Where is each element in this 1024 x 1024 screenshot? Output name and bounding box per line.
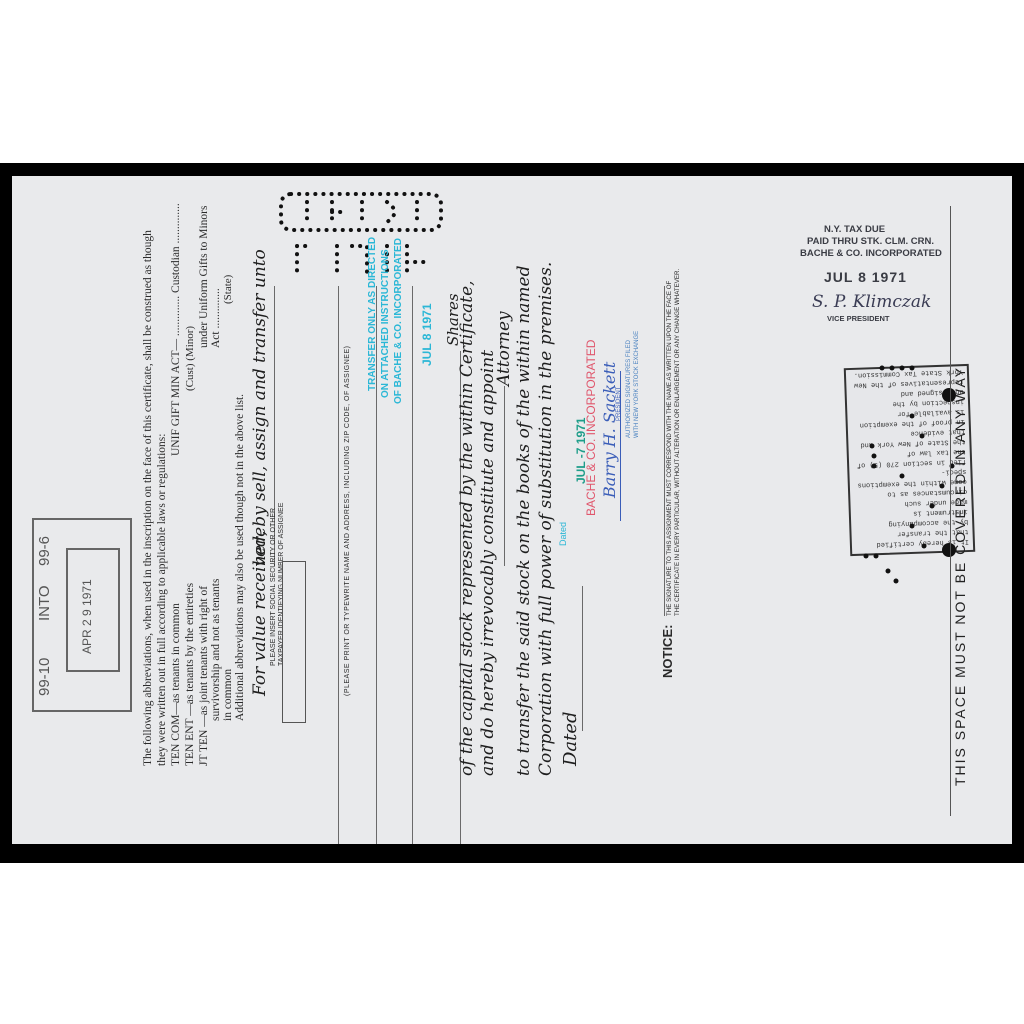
ssn-input-box[interactable] (282, 561, 306, 723)
abbrev-jt-ten-2: survivorship and not as tenants (210, 579, 222, 721)
abbrev-cust-minor: (Cust) (Minor) (184, 326, 196, 391)
tax-stamp-title: VICE PRESIDENT (827, 314, 890, 323)
attorney-label: Attorney (494, 311, 514, 386)
sig-signature: Barry H. Sackett (600, 362, 619, 498)
cancel-perforation (277, 186, 447, 286)
abbrev-unif-gift: UNIF GIFT MIN ACT— .............. Custod… (170, 203, 182, 456)
sig-company: BACHE & CO. INCORPORATED (584, 340, 598, 516)
abbrev-under-act: under Uniform Gifts to Minors (198, 206, 210, 348)
name-line-3 (412, 286, 413, 844)
tax-stamp-signature: S. P. Klimczak (812, 292, 931, 312)
abbrev-intro-2: they were written out in full according … (156, 434, 168, 766)
dated-label: Dated (560, 711, 581, 766)
notice-line-1: THE SIGNATURE TO THIS ASSIGNMENT MUST CO… (666, 281, 673, 616)
abbrev-additional: Additional abbreviations may also be use… (234, 394, 246, 721)
sig-title: PRESIDENT (616, 387, 622, 421)
constitute-appoint: and do hereby irrevocably constitute and… (478, 350, 498, 776)
tax-stamp-3: BACHE & CO. INCORPORATED (800, 248, 942, 259)
notice-line (664, 286, 665, 616)
transfer-stock: to transfer the said stock on the books … (514, 266, 534, 776)
abbrev-act: Act .............. (210, 288, 222, 348)
abbrev-ten-com: TEN COM—as tenants in common (170, 603, 182, 766)
abbrev-jt-ten-3: in common (222, 669, 234, 721)
tax-stamp-1: N.Y. TAX DUE (824, 224, 885, 235)
notice-label: NOTICE: (660, 625, 675, 678)
abbrev-intro-1: The following abbreviations, when used i… (142, 230, 154, 766)
dated-line (582, 586, 583, 731)
exchange-to: 99-6 (36, 536, 53, 566)
capital-stock: of the capital stock represented by the … (457, 280, 477, 776)
margin-line (950, 206, 951, 816)
exchange-into: INTO (36, 585, 53, 621)
sell-assign-transfer: hereby sell, assign and transfer unto (250, 249, 270, 566)
abbrev-jt-ten: JT TEN —as joint tenants with right of (198, 586, 210, 766)
name-line-1 (338, 286, 339, 844)
notice-line-2: THE CERTIFICATE IN EVERY PARTICULAR, WIT… (674, 269, 681, 616)
exchange-from: 99-10 (36, 658, 53, 696)
ssn-label-1: PLEASE INSERT SOCIAL SECURITY OR OTHER (270, 508, 277, 666)
name-address-label: (PLEASE PRINT OR TYPEWRITE NAME AND ADDR… (344, 346, 351, 696)
tax-stamp-date: JUL 8 1971 (824, 269, 907, 285)
attorney-line (504, 386, 505, 566)
sig-dated-label: Dated (558, 522, 568, 546)
margin-warning: THIS SPACE MUST NOT BE COVERED IN ANY WA… (952, 366, 968, 786)
sig-authorized-2: WITH NEW YORK STOCK EXCHANGE (634, 331, 640, 438)
certificate-back: The following abbreviations, when used i… (12, 176, 1012, 844)
corporation-substitution: Corporation with full power of substitut… (536, 262, 556, 776)
exchange-date: APR 2 9 1971 (80, 579, 94, 654)
abbrev-state: (State) (222, 275, 234, 304)
abbrev-ten-ent: TEN ENT —as tenants by the entireties (184, 583, 196, 766)
transfer-stamp-1: TRANSFER ONLY AS DIRECTED (367, 237, 378, 391)
transfer-stamp-2: ON ATTACHED INSTRUCTIONS (380, 249, 391, 398)
transfer-stamp-3: OF BACHE & CO. INCORPORATED (393, 238, 404, 404)
tax-stamp-2: PAID THRU STK. CLM. CRN. (807, 236, 934, 247)
transfer-stamp-date: JUL 8 1971 (420, 304, 434, 367)
sig-authorized-1: AUTHORIZED SIGNATURES FILED (626, 340, 632, 438)
